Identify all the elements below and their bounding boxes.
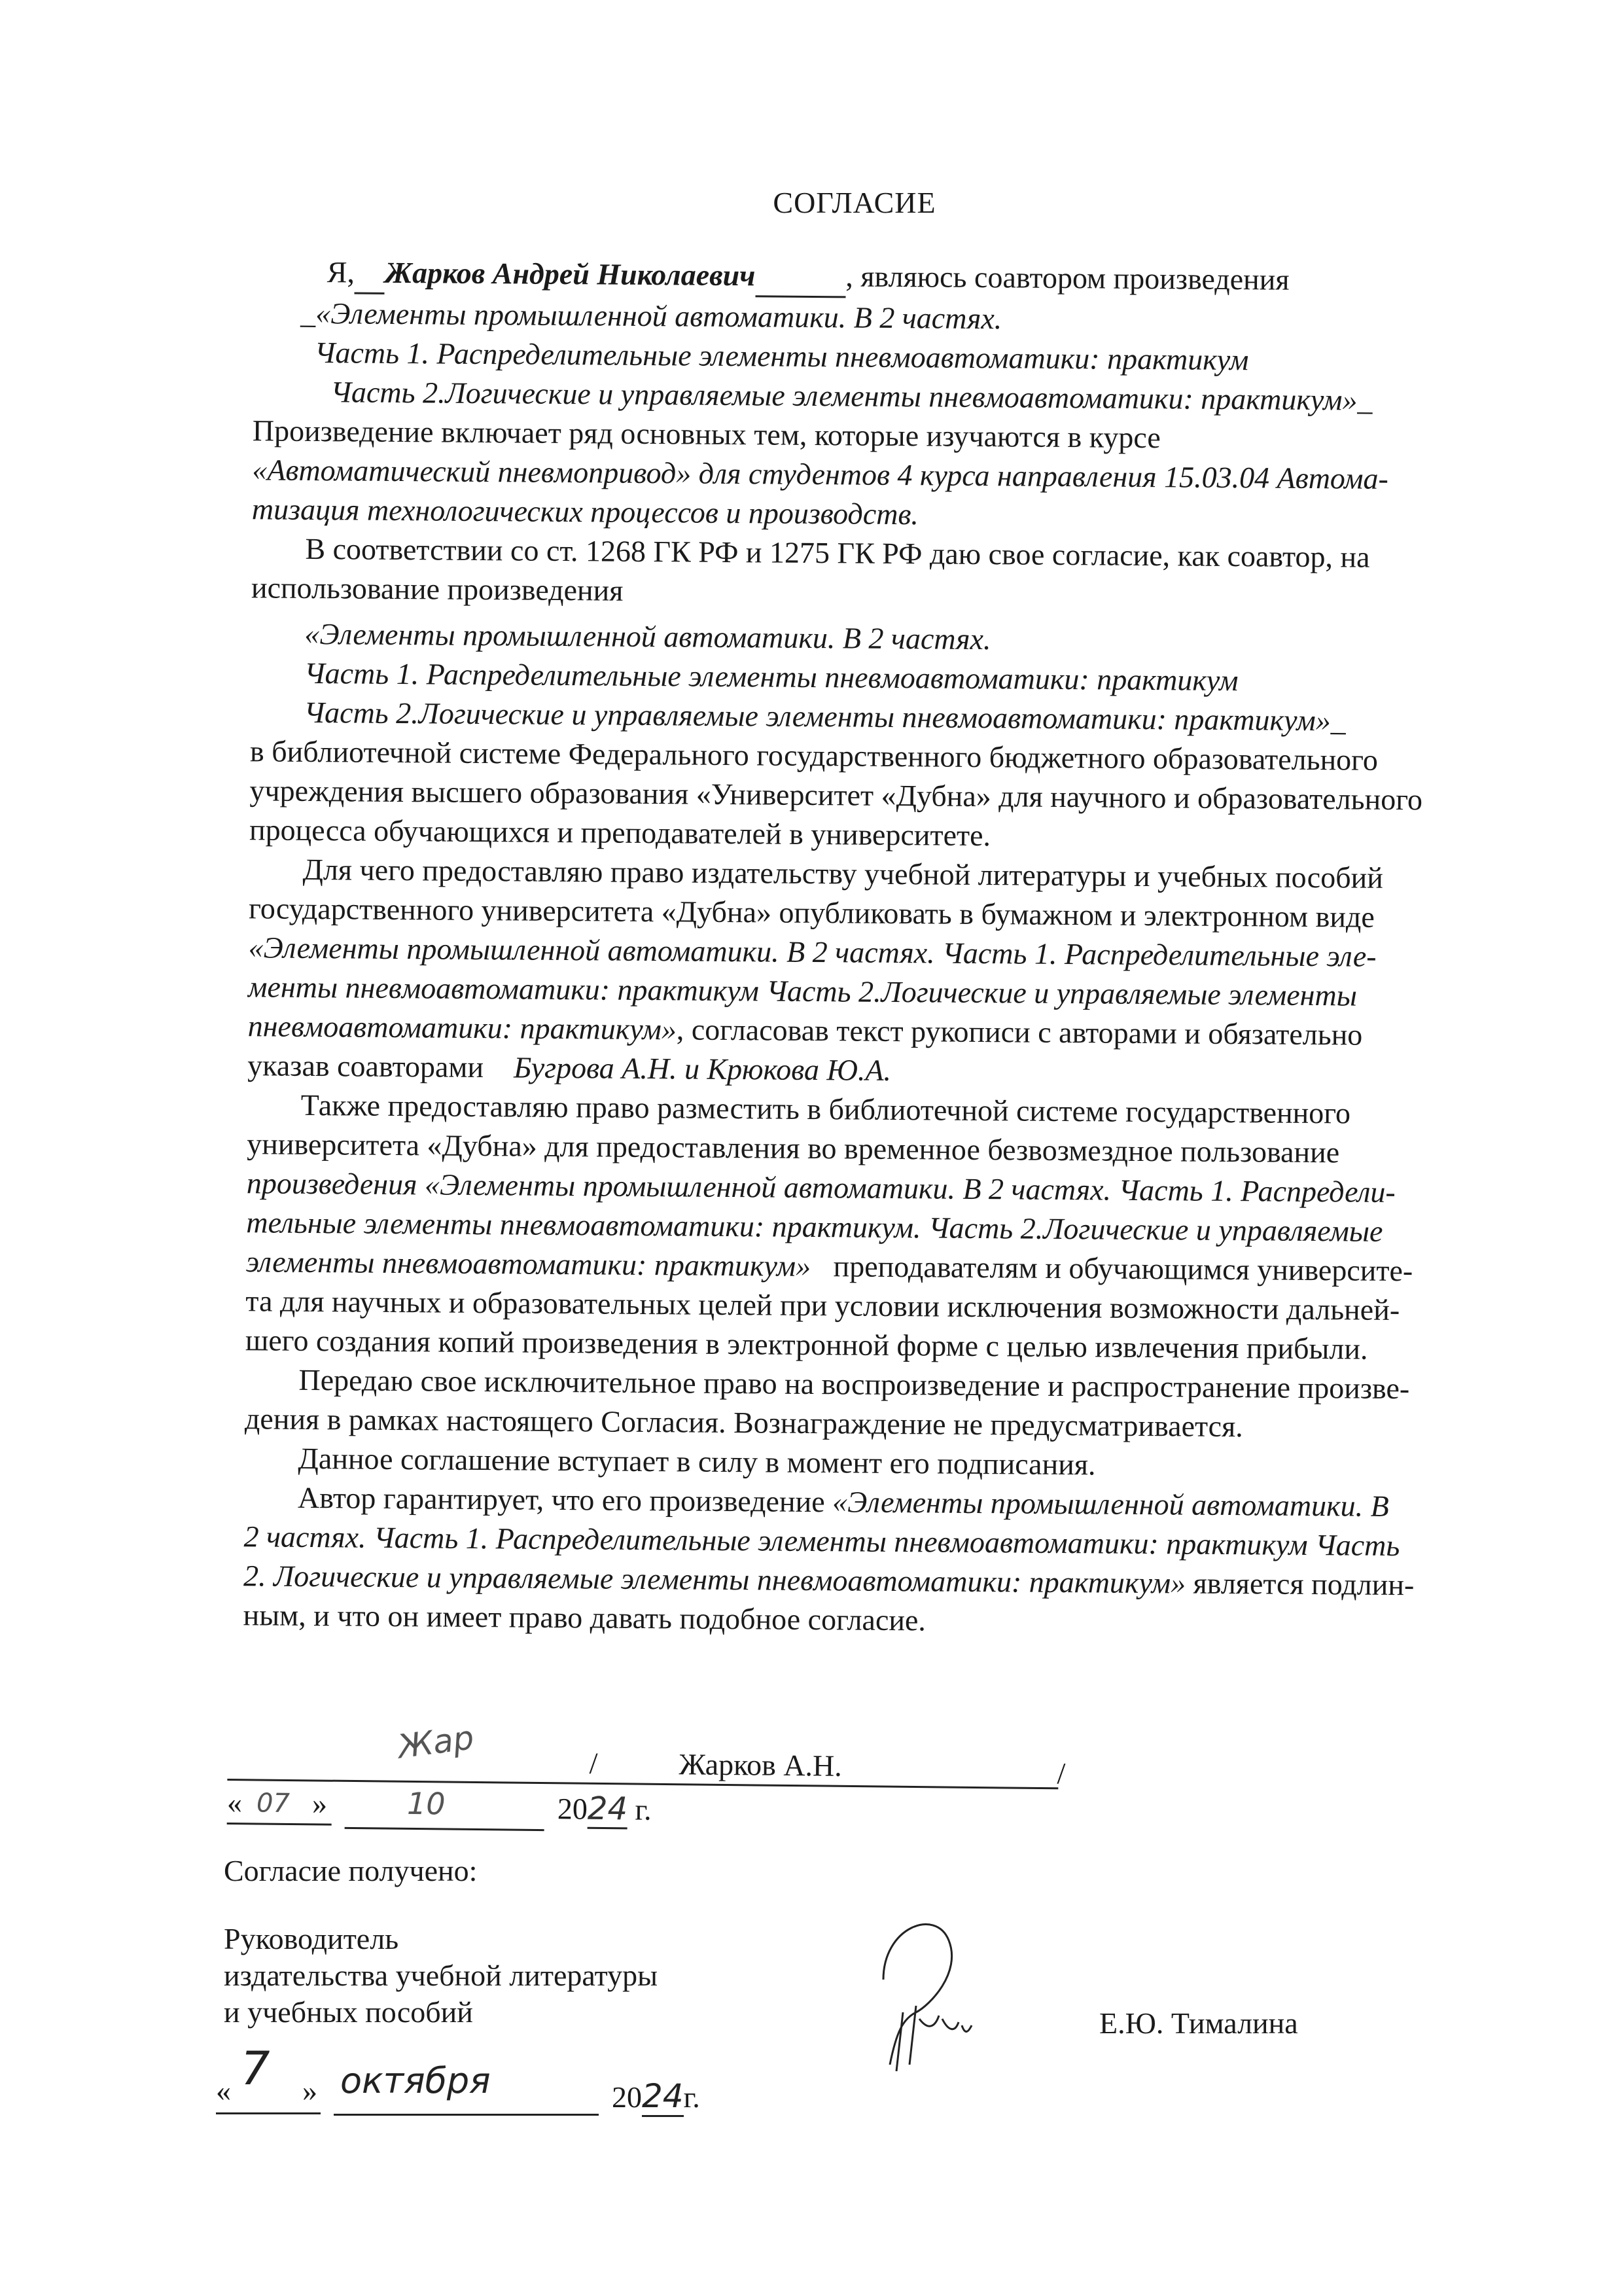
library-text: преподавателям и обучающимся университе-: [811, 1249, 1413, 1287]
day-close-quote: »: [312, 1786, 328, 1821]
blank-underline: [355, 253, 385, 294]
intro-prefix: Я,: [327, 255, 355, 289]
handwritten-day: 7: [241, 2042, 270, 2095]
day-underline: [216, 2112, 321, 2114]
document-title: СОГЛАСИЕ: [0, 185, 1624, 220]
separator: /: [589, 1746, 597, 1781]
handwritten-month: 10: [407, 1786, 446, 1822]
work-title-text: «Элементы промышленной автоматики. В: [832, 1485, 1389, 1523]
year-unit: г.: [684, 2080, 700, 2114]
receipt-label: Согласие получено:: [224, 1852, 477, 1890]
day-open-quote: «: [227, 1785, 243, 1820]
position-line: и учебных пособий: [224, 1994, 658, 2031]
handwritten-year-suffix: 24: [642, 2077, 684, 2117]
position-line: издательства учебной литературы: [224, 1957, 658, 1994]
author-signature-block: Жар / Жарков А.Н. / « 07 » 10 2024 г.: [226, 1741, 1078, 1861]
guarantee-text: Автор гарантирует, что его произведение: [298, 1481, 832, 1518]
position-line: Руководитель: [224, 1921, 658, 1957]
publish-text: , согласовав текст рукописи с авторами и…: [677, 1012, 1363, 1051]
document-body: Я, Жарков Андрей Николаевич , являюсь со…: [219, 252, 1487, 1645]
publisher-handwritten-signature: [857, 1901, 1008, 2084]
day-close-quote: »: [302, 2073, 317, 2108]
date-year: 2024г.: [612, 2077, 700, 2115]
work-title-text: 2. Логические и управляемые элементы пне…: [243, 1559, 1186, 1599]
coauthor-names: Бугрова А.Н. и Крюкова Ю.А.: [514, 1050, 891, 1087]
blank-underline: [755, 256, 845, 298]
author-short-name: Жарков А.Н.: [679, 1747, 842, 1783]
signature-line: [227, 1779, 1058, 1789]
day-open-quote: «: [216, 2073, 231, 2108]
separator: /: [1057, 1756, 1065, 1790]
work-title-text: Часть 2.Логические и управляемые элемент…: [330, 375, 1358, 416]
year-unit: г.: [635, 1793, 652, 1826]
date-year: 2024 г.: [557, 1790, 652, 1828]
publish-text: указав соавторами: [247, 1048, 484, 1084]
guarantee-text: является подлин-: [1186, 1567, 1415, 1602]
intro-suffix: , являюсь соавтором произведения: [845, 259, 1290, 296]
work-title-text: «Элементы промышленной автоматики. В 2 ч…: [315, 296, 1002, 335]
handwritten-year-suffix: 24: [588, 1790, 628, 1830]
work-title-text: Часть 2.Логические и управляемые элемент…: [304, 696, 1331, 737]
day-underline: [227, 1823, 332, 1826]
work-title-text: элементы пневмоавтоматики: практикум»: [246, 1245, 811, 1283]
author-handwritten-signature: Жар: [396, 1718, 476, 1766]
handwritten-day: 07: [256, 1788, 290, 1819]
publisher-head-position: Руководитель издательства учебной литера…: [224, 1921, 658, 2031]
handwritten-month: октября: [340, 2060, 491, 2101]
month-underline: [334, 2114, 599, 2116]
author-name: Жарков Андрей Николаевич: [385, 256, 756, 292]
month-underline: [345, 1827, 544, 1831]
year-prefix: 20: [557, 1792, 588, 1825]
year-prefix: 20: [612, 2080, 642, 2114]
publisher-head-name: Е.Ю. Тималина: [1099, 2006, 1298, 2040]
receipt-date: « 7 » октября 2024г.: [216, 2042, 739, 2120]
consent-document: СОГЛАСИЕ Я, Жарков Андрей Николаевич , я…: [0, 0, 1624, 2295]
work-title-text: пневмоавтоматики: практикум»: [248, 1009, 677, 1046]
